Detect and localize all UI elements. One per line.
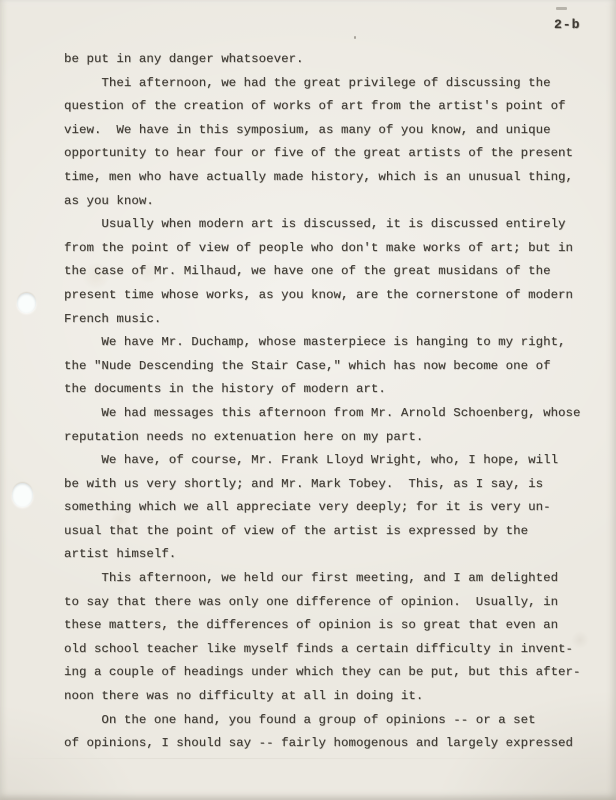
text-line: opportunity to hear four or five of the … [64,142,592,166]
text-line: Usually when modern art is discussed, it… [64,213,592,237]
text-line: time, men who have actually made history… [64,166,592,190]
text-line: be put in any danger whatsoever. [64,48,592,72]
text-line: these matters, the differences of opinio… [64,614,592,638]
faint-pencil-mark [556,7,567,10]
text-line: We have Mr. Duchamp, whose masterpiece i… [64,331,592,355]
punch-hole-bottom [12,483,33,507]
punch-hole-top [17,293,36,313]
text-line: French music. [64,308,592,332]
text-line: something which we all appreciate very d… [64,496,592,520]
text-line: This afternoon, we held our first meetin… [64,567,592,591]
text-line: the "Nude Descending the Stair Case," wh… [64,355,592,379]
text-line: artist himself. [64,543,592,567]
text-line: from the point of view of people who don… [64,237,592,261]
text-line: view. We have in this symposium, as many… [64,119,592,143]
text-line: reputation needs no extenuation here on … [64,426,592,450]
text-line: to say that there was only one differenc… [64,591,592,615]
text-line: the documents in the history of modern a… [64,378,592,402]
text-line: We have, of course, Mr. Frank Lloyd Wrig… [64,449,592,473]
scanned-page: 2-b be put in any danger whatsoever. The… [0,0,616,800]
text-line: ing a couple of headings under which the… [64,661,592,685]
text-line: the case of Mr. Milhaud, we have one of … [64,260,592,284]
paper-crease [0,758,616,759]
text-line: On the one hand, you found a group of op… [64,709,592,733]
typewritten-text-block: be put in any danger whatsoever. Thei af… [64,48,592,756]
text-line: of opinions, I should say -- fairly homo… [64,732,592,756]
paper-speck [354,36,356,39]
text-line: be with us very shortly; and Mr. Mark To… [64,473,592,497]
text-line: We had messages this afternoon from Mr. … [64,402,592,426]
text-line: old school teacher like myself finds a c… [64,638,592,662]
text-line: Thei afternoon, we had the great privile… [64,72,592,96]
text-line: as you know. [64,190,592,214]
text-line: usual that the point of view of the arti… [64,520,592,544]
text-line: present time whose works, as you know, a… [64,284,592,308]
text-line: noon there was no difficulty at all in d… [64,685,592,709]
text-line: question of the creation of works of art… [64,95,592,119]
page-number: 2-b [554,17,580,32]
